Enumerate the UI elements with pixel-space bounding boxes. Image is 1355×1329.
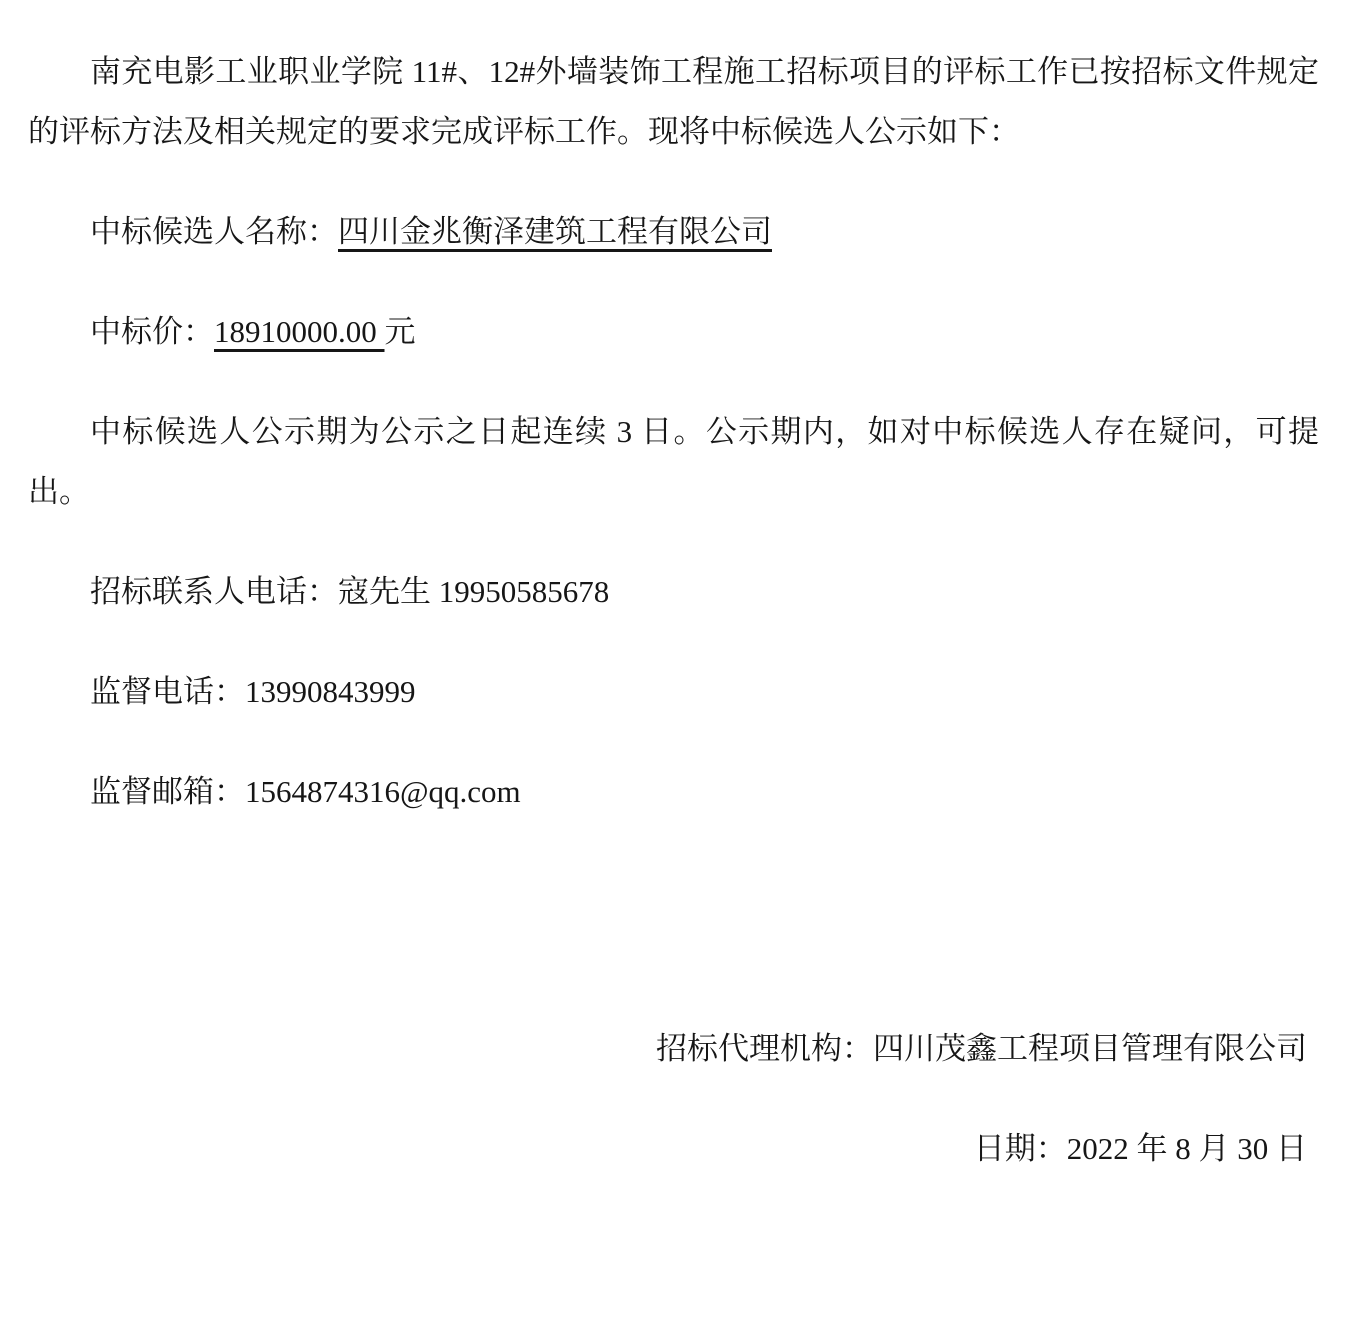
document-page: 南充电影工业职业学院 11#、12#外墙装饰工程施工招标项目的评标工作已按招标文… <box>0 0 1355 1329</box>
price-line: 中标价：18910000.00 元 <box>28 302 1319 362</box>
candidate-label: 中标候选人名称： <box>90 214 338 249</box>
price-unit: 元 <box>385 314 416 349</box>
agency-label: 招标代理机构： <box>656 1031 873 1066</box>
candidate-line: 中标候选人名称：四川金兆衡泽建筑工程有限公司 <box>28 202 1319 262</box>
date-value: 2022 年 8 月 30 日 <box>1067 1131 1307 1166</box>
agency-line: 招标代理机构：四川茂鑫工程项目管理有限公司 <box>28 1019 1319 1079</box>
supervision-email-line: 监督邮箱：1564874316@qq.com <box>28 762 1319 822</box>
date-line: 日期：2022 年 8 月 30 日 <box>28 1119 1319 1179</box>
contact-label: 招标联系人电话： <box>90 574 338 609</box>
contact-line: 招标联系人电话：寇先生 19950585678 <box>28 562 1319 622</box>
contact-value: 寇先生 19950585678 <box>338 574 609 609</box>
price-value: 18910000.00 <box>214 314 385 349</box>
supervision-email-value: 1564874316@qq.com <box>245 774 521 809</box>
candidate-name-value: 四川金兆衡泽建筑工程有限公司 <box>338 214 772 249</box>
supervision-email-label: 监督邮箱： <box>90 774 245 809</box>
intro-paragraph: 南充电影工业职业学院 11#、12#外墙装饰工程施工招标项目的评标工作已按招标文… <box>28 42 1319 162</box>
agency-value: 四川茂鑫工程项目管理有限公司 <box>873 1031 1307 1066</box>
supervision-phone-value: 13990843999 <box>245 674 416 709</box>
price-label: 中标价： <box>90 314 214 349</box>
supervision-phone-line: 监督电话：13990843999 <box>28 662 1319 722</box>
date-label: 日期： <box>974 1131 1067 1166</box>
publicity-period-paragraph: 中标候选人公示期为公示之日起连续 3 日。公示期内，如对中标候选人存在疑问，可提… <box>28 402 1319 522</box>
supervision-phone-label: 监督电话： <box>90 674 245 709</box>
